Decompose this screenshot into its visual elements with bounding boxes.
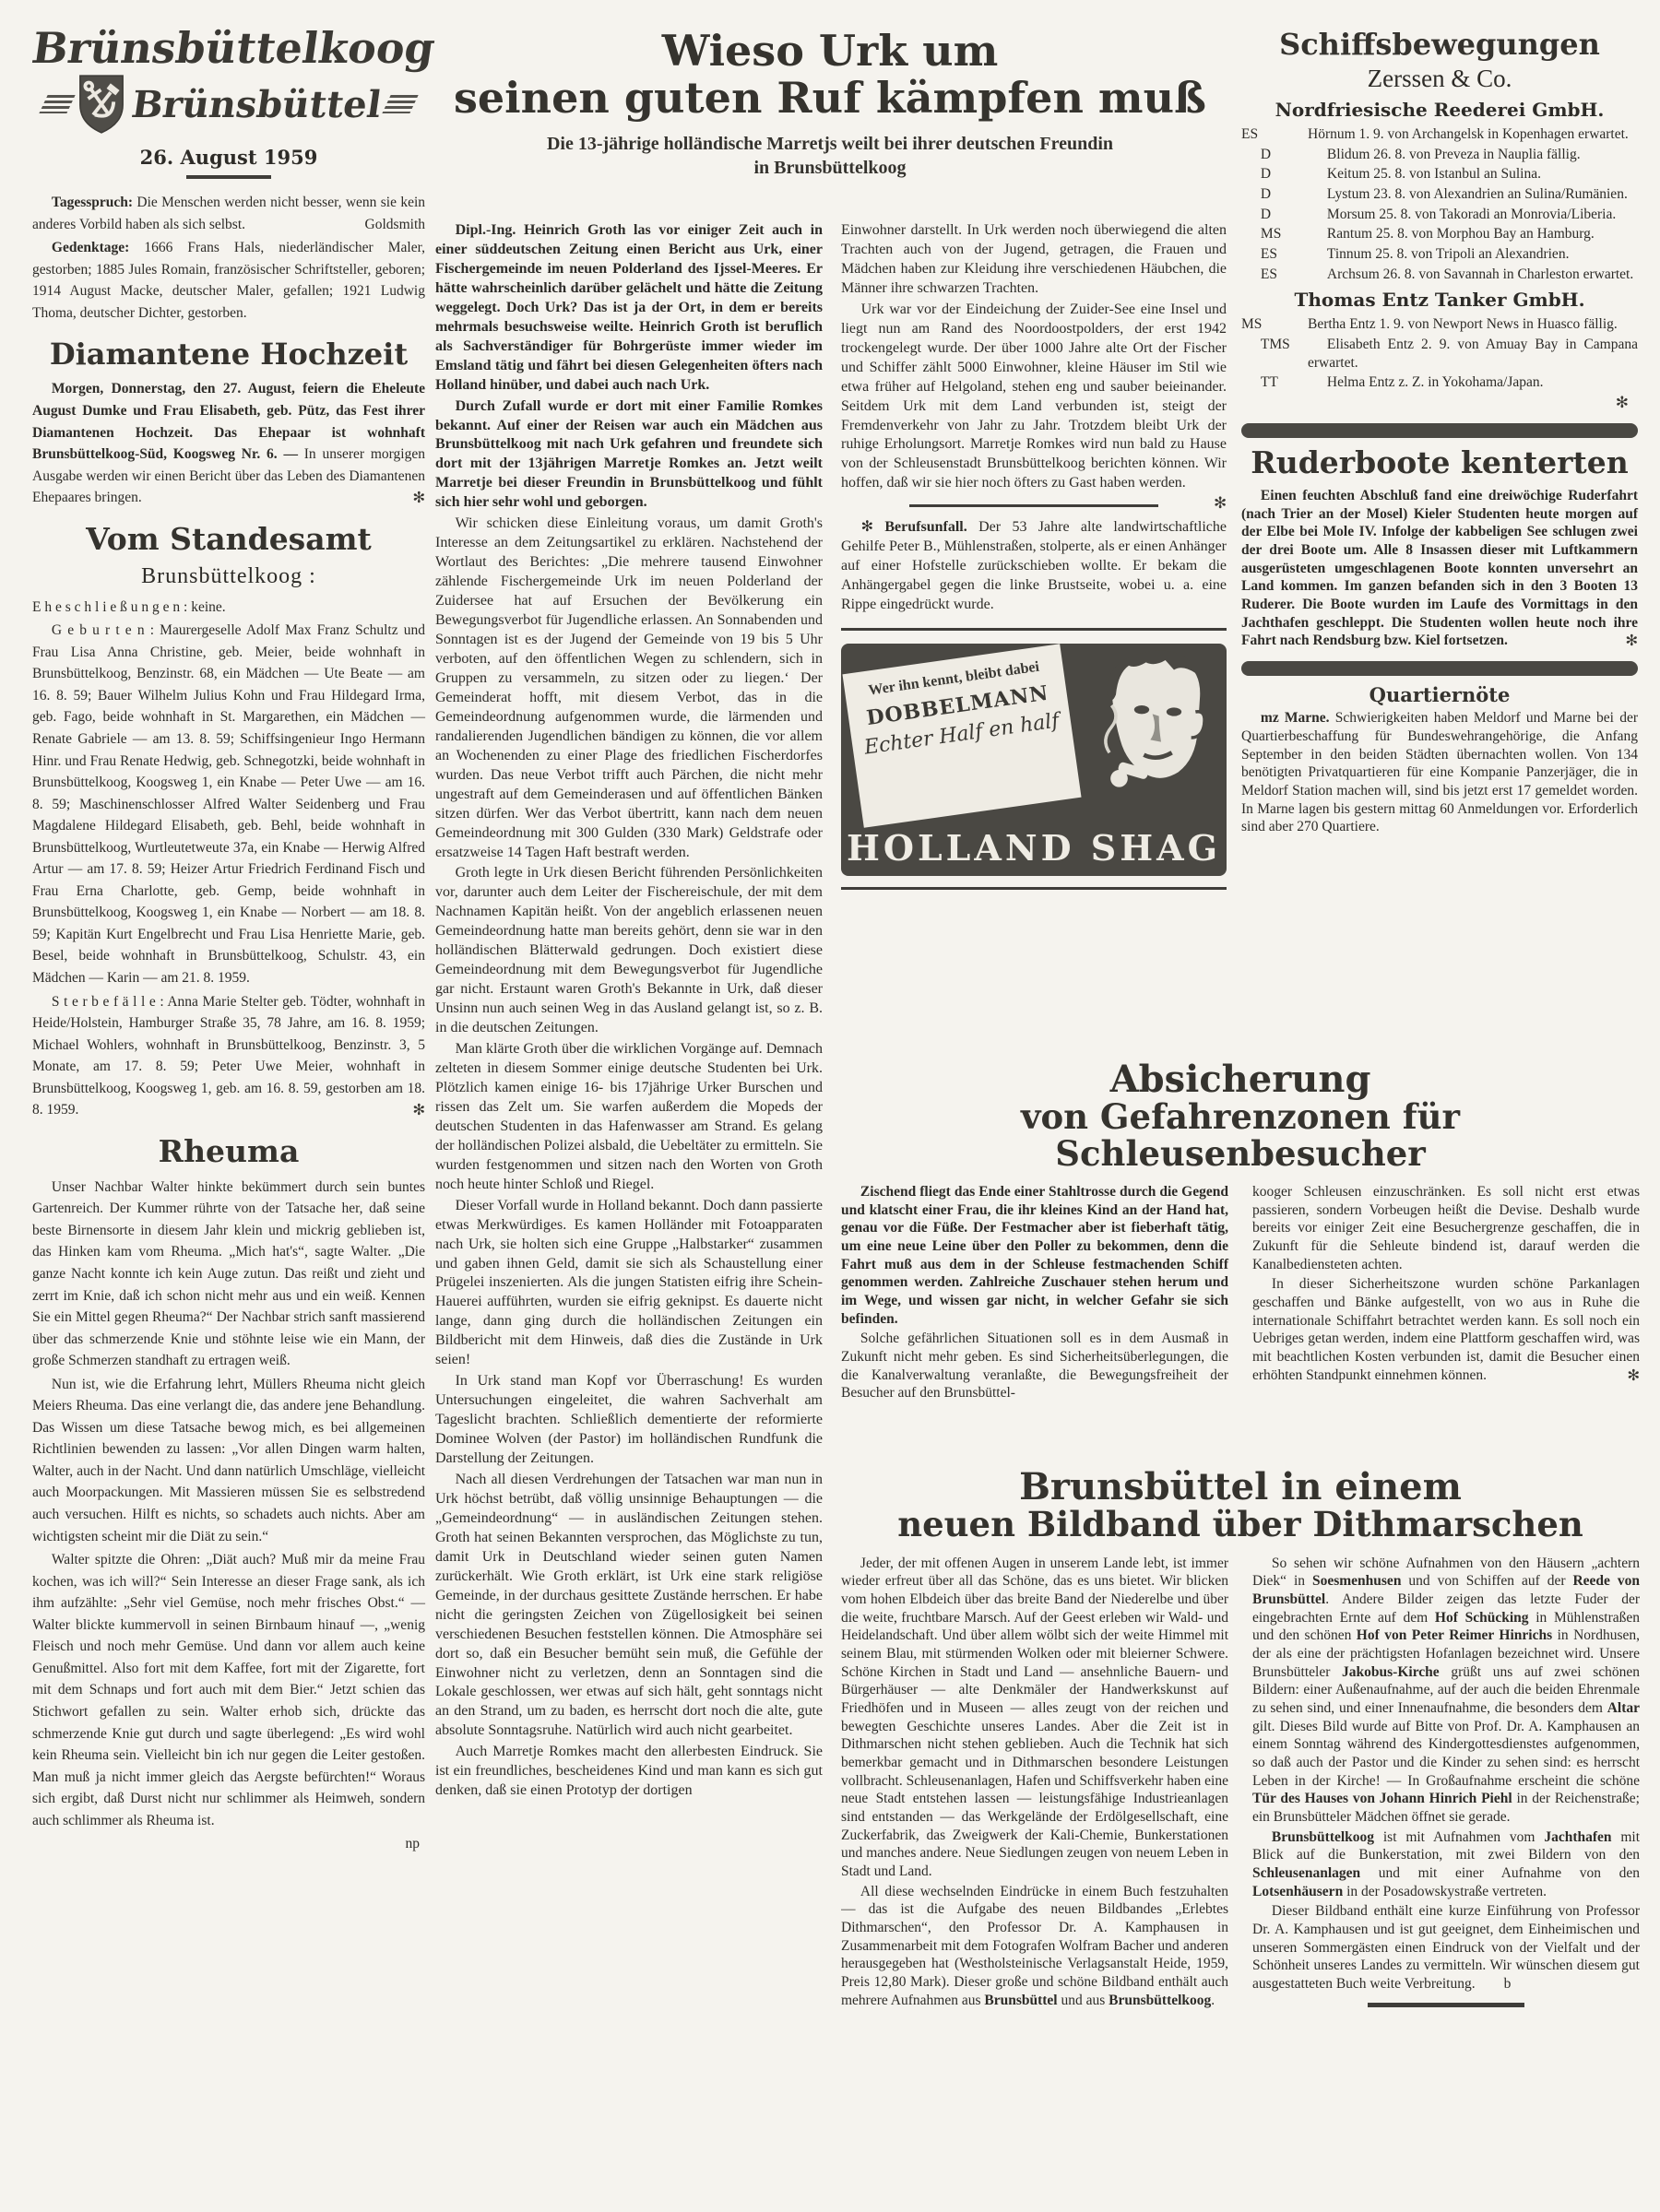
paragraph: Walter spitzte die Ohren: „Diät auch? Mu…	[32, 1549, 425, 1831]
heading-schiffsbewegungen: Schiffsbewegungen	[1241, 30, 1638, 61]
section-bar	[1241, 661, 1638, 676]
ship-prefix: ES	[1241, 245, 1277, 264]
shipping-company: Zerssen & Co.	[1241, 65, 1638, 93]
main-headline-line1: Wieso Urk um	[433, 28, 1227, 75]
ship-text: Bertha Entz 1. 9. von Newport News in Hu…	[1308, 316, 1618, 332]
ship-entry: ESArchsum 26. 8. von Savannah in Charles…	[1241, 266, 1638, 284]
masthead-title-line1: Brünsbüttelkoog	[30, 26, 429, 70]
paragraph: Nun ist, wie die Erfahrung lehrt, Müller…	[32, 1374, 425, 1547]
paragraph: Dieser Bildband enthält eine kurze Einfü…	[1252, 1902, 1640, 1993]
paragraph: Einwohner darstellt. In Urk werden noch …	[841, 221, 1227, 299]
ship-text: Lystum 23. 8. von Alexandrien an Sulina/…	[1327, 186, 1628, 202]
main-headline-line2: seinen guten Ruf kämpfen muß	[433, 75, 1227, 122]
paragraph: Morgen, Donnerstag, den 27. August, feie…	[32, 378, 425, 508]
paragraph: Solche gefährlichen Situationen soll es …	[841, 1330, 1228, 1402]
heading-ruderboote: Ruderboote kenterten	[1241, 447, 1638, 479]
section-divider	[909, 504, 1158, 507]
fleet1-heading: Nordfriesische Reederei GmbH.	[1241, 99, 1638, 121]
ship-text: Blidum 26. 8. von Preveza in Nauplia fäl…	[1327, 147, 1581, 162]
paragraph: S t e r b e f ä l l e : Anna Marie Stelt…	[32, 991, 425, 1121]
article-column-2: Einwohner darstellt. In Urk werden noch …	[841, 221, 1227, 890]
paragraph: In dieser Sicherheitszone wurden schöne …	[1252, 1275, 1640, 1384]
ship-text: Morsum 25. 8. von Takoradi an Monrovia/L…	[1327, 207, 1616, 222]
ship-prefix: MS	[1241, 225, 1281, 243]
heading-rheuma: Rheuma	[32, 1136, 425, 1168]
heading-vom-standesamt: Vom Standesamt	[32, 524, 425, 556]
bildband-right-text: So sehen wir schöne Aufnahmen von den Hä…	[1252, 1555, 1640, 1993]
star-dingbat: ✻	[1184, 493, 1227, 514]
fleet2-heading: Thomas Entz Tanker GmbH.	[1241, 289, 1638, 311]
quartiernoete-text: mz Marne. Schwierigkeiten haben Meldorf …	[1241, 709, 1638, 836]
absicherung-right-column: kooger Schleusen einzuschränken. Es soll…	[1252, 1183, 1640, 1404]
star-dingbat: ✻	[1241, 394, 1638, 412]
paragraph: E h e s c h l i e ß u n g e n : keine.	[32, 597, 425, 619]
ship-entry: DKeitum 25. 8. von Istanbul an Sulina.	[1241, 165, 1638, 183]
article-column-2-text: Einwohner darstellt. In Urk werden noch …	[841, 221, 1227, 493]
ship-prefix: D	[1241, 185, 1271, 204]
tagesspruch-author: Goldsmith	[337, 214, 425, 236]
fleet2-list: MSBertha Entz 1. 9. von Newport News in …	[1241, 315, 1638, 392]
ship-text: Keitum 25. 8. von Istanbul an Sulina.	[1327, 166, 1541, 182]
ship-prefix: D	[1241, 206, 1271, 224]
ship-entry: TMSElisabeth Entz 2. 9. von Amuay Bay in…	[1241, 336, 1638, 372]
ship-text: Archsum 26. 8. von Savannah in Charlesto…	[1327, 266, 1633, 282]
star-dingbat: ✻	[384, 1099, 425, 1122]
end-rule	[1368, 2003, 1524, 2007]
ship-entry: DMorsum 25. 8. von Takoradi an Monrovia/…	[1241, 206, 1638, 224]
paragraph: Dieser Vorfall wurde in Holland bekannt.…	[435, 1197, 823, 1371]
absicherung-heading-line1: Absicherung	[841, 1060, 1640, 1099]
flourish-icon	[382, 95, 418, 113]
bildband-left-column: Jeder, der mit offenen Augen in unserem …	[841, 1555, 1228, 2017]
paragraph: Jeder, der mit offenen Augen in unserem …	[841, 1555, 1228, 1881]
bildband-heading-line2: neuen Bildband über Dithmarschen	[841, 1507, 1640, 1543]
shield-anchor-icon	[77, 72, 126, 136]
article-column-1: Dipl.-Ing. Heinrich Groth las vor einige…	[435, 221, 823, 2212]
date-block: 26. August 1959	[32, 146, 425, 179]
tagesspruch: Tagesspruch: Die Menschen werden nicht b…	[32, 192, 425, 235]
author-initials: np	[32, 1833, 420, 1855]
ship-prefix: ES	[1241, 125, 1258, 144]
heading-quartiernoete: Quartiernöte	[1241, 685, 1638, 705]
ship-entry: ESHörnum 1. 9. von Archangelsk in Kopenh…	[1241, 125, 1638, 144]
ruderboote-text: Einen feuchten Abschluß fand eine dreiwö…	[1241, 487, 1638, 650]
paragraph: All diese wechselnden Eindrücke in einem…	[841, 1883, 1228, 2010]
paragraph: mz Marne. Schwierigkeiten haben Meldorf …	[1241, 709, 1638, 836]
star-dingbat: ✻	[1598, 1366, 1640, 1386]
paragraph: Man klärte Groth über die wirklichen Vor…	[435, 1040, 823, 1195]
paragraph: Unser Nachbar Walter hinkte bekümmert du…	[32, 1177, 425, 1372]
man-portrait-icon	[1090, 647, 1219, 813]
ship-entry: DLystum 23. 8. von Alexandrien an Sulina…	[1241, 185, 1638, 204]
ad-card: Wer ihn kennt, bleibt dabei DOBBELMANN E…	[842, 644, 1081, 827]
ship-text: Rantum 25. 8. von Morphou Bay an Hamburg…	[1327, 226, 1595, 242]
absicherung-section: Absicherung von Gefahrenzonen für Schleu…	[841, 1060, 1640, 1404]
bildband-heading-line1: Brunsbüttel in einem	[841, 1468, 1640, 1507]
ship-prefix: TMS	[1241, 336, 1290, 354]
ad-bottom-rule	[841, 887, 1227, 890]
ad-product-name: HOLLAND SHAG	[841, 827, 1227, 869]
paragraph: Brunsbüttelkoog ist mit Aufnahmen vom Ja…	[1252, 1828, 1640, 1901]
ship-entry: MSRantum 25. 8. von Morphou Bay an Hambu…	[1241, 225, 1638, 243]
ad-top-rule	[841, 628, 1227, 631]
main-headline-block: Wieso Urk um seinen guten Ruf kämpfen mu…	[433, 28, 1227, 180]
ship-text: Helma Entz z. Z. in Yokohama/Japan.	[1327, 374, 1544, 390]
ship-text: Elisabeth Entz 2. 9. von Amuay Bay in Ca…	[1308, 337, 1638, 371]
ship-prefix: TT	[1241, 373, 1278, 392]
ship-prefix: ES	[1241, 266, 1277, 284]
right-column: Schiffsbewegungen Zerssen & Co. Nordfrie…	[1241, 30, 1638, 838]
paragraph: Nach all diesen Verdrehungen der Tatsach…	[435, 1471, 823, 1741]
paragraph: Wir schicken diese Einleitung voraus, um…	[435, 515, 823, 862]
bildband-right-column: So sehen wir schöne Aufnahmen von den Hä…	[1252, 1555, 1640, 2017]
masthead: Brünsbüttelkoog	[32, 26, 425, 136]
newspaper-page: Brünsbüttelkoog	[0, 0, 1660, 2212]
paragraph: So sehen wir schöne Aufnahmen von den Hä…	[1252, 1555, 1640, 1827]
absicherung-left-column: Zischend fliegt das Ende einer Stahltros…	[841, 1183, 1228, 1404]
heading-diamantene-hochzeit: Diamantene Hochzeit	[32, 339, 425, 371]
hochzeit-text: Morgen, Donnerstag, den 27. August, feie…	[32, 378, 425, 508]
masthead-title-line2: Brünsbüttel	[129, 83, 385, 126]
ship-text: Tinnum 25. 8. von Tripoli an Alexandrien…	[1327, 246, 1570, 262]
star-dingbat: ✻	[384, 487, 425, 510]
ship-prefix: D	[1241, 165, 1271, 183]
date-underline	[186, 175, 271, 179]
gedenktage: Gedenktage: 1666 Frans Hals, niederländi…	[32, 237, 425, 324]
ship-prefix: D	[1241, 146, 1271, 164]
flourish-icon	[39, 95, 75, 113]
berufsunfall-paragraph: ✻ Berufsunfall. Der 53 Jahre alte landwi…	[841, 518, 1227, 615]
paragraph: Urk war vor der Eindeichung der Zuider-S…	[841, 301, 1227, 494]
ship-entry: MSBertha Entz 1. 9. von Newport News in …	[1241, 315, 1638, 334]
ship-entry: TTHelma Entz z. Z. in Yokohama/Japan.	[1241, 373, 1638, 392]
paragraph: Auch Marretje Romkes macht den allerbest…	[435, 1743, 823, 1801]
ship-prefix: MS	[1241, 315, 1262, 334]
standesamt-subheading: Brunsbüttelkoog :	[32, 564, 425, 589]
fleet1-list: ESHörnum 1. 9. von Archangelsk in Kopenh…	[1241, 125, 1638, 283]
paragraph: In Urk stand man Kopf vor Überraschung! …	[435, 1372, 823, 1469]
paragraph: G e b u r t e n : Maurergeselle Adolf Ma…	[32, 620, 425, 988]
ship-entry: DBlidum 26. 8. von Preveza in Nauplia fä…	[1241, 146, 1638, 164]
paragraph: Durch Zufall wurde er dort mit einer Fam…	[435, 397, 823, 514]
subhead-line2: in Brunsbüttelkoog	[433, 156, 1227, 180]
absicherung-heading-line2: von Gefahrenzonen für Schleusenbesucher	[841, 1099, 1640, 1171]
paragraph: Dipl.-Ing. Heinrich Groth las vor einige…	[435, 221, 823, 396]
daily-notes: Tagesspruch: Die Menschen werden nicht b…	[32, 192, 425, 324]
section-bar	[1241, 423, 1638, 438]
ship-text: Hörnum 1. 9. von Archangelsk in Kopenhag…	[1308, 126, 1629, 142]
star-dingbat: ✻	[1596, 632, 1638, 651]
paragraph: Groth legte in Urk diesen Bericht führen…	[435, 864, 823, 1038]
main-subhead: Die 13-jährige holländische Marretjs wei…	[433, 132, 1227, 180]
tobacco-ad: Wer ihn kennt, bleibt dabei DOBBELMANN E…	[841, 644, 1227, 876]
left-column: Brünsbüttelkoog	[32, 26, 425, 1855]
bildband-section: Brunsbüttel in einem neuen Bildband über…	[841, 1459, 1640, 2212]
standesamt-text: E h e s c h l i e ß u n g e n : keine.G …	[32, 597, 425, 1121]
paragraph: Zischend fliegt das Ende einer Stahltros…	[841, 1183, 1228, 1328]
ship-entry: ESTinnum 25. 8. von Tripoli an Alexandri…	[1241, 245, 1638, 264]
rheuma-text: Unser Nachbar Walter hinkte bekümmert du…	[32, 1177, 425, 1831]
subhead-line1: Die 13-jährige holländische Marretjs wei…	[433, 132, 1227, 156]
paragraph: Einen feuchten Abschluß fand eine dreiwö…	[1241, 487, 1638, 650]
berufsunfall-note: ✻ Berufsunfall. Der 53 Jahre alte landwi…	[841, 518, 1227, 615]
issue-date: 26. August 1959	[32, 146, 425, 169]
paragraph: kooger Schleusen einzuschränken. Es soll…	[1252, 1183, 1640, 1273]
